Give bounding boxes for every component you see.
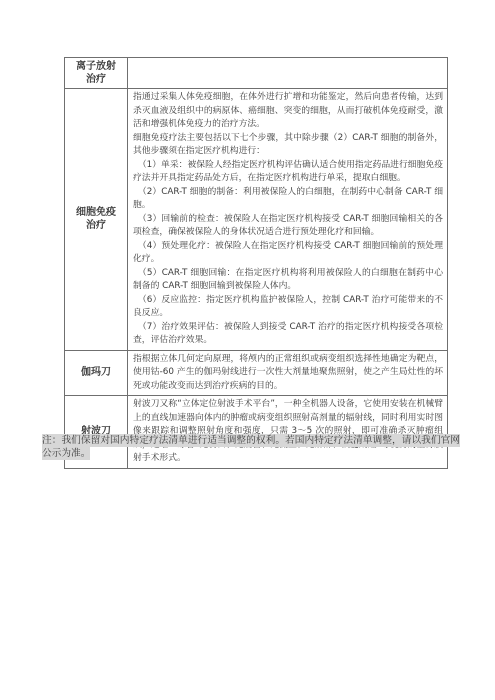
definition-paragraph: （7）治疗效果评估：被保险人到接受 CAR-T 治疗的指定医疗机构接受各项检查，…: [133, 321, 443, 348]
adjustment-note: 注：我们保留对国内特定疗法清单进行适当调整的权利。若国内特定疗法清单调整，请以我…: [42, 434, 460, 460]
table-row: 离子放射治疗: [65, 58, 448, 89]
table-row: 细胞免疫治疗指通过采集人体免疫细胞，在体外进行扩增和功能鉴定，然后向患者传输，达…: [65, 89, 448, 351]
term-cell: 离子放射治疗: [65, 58, 128, 89]
definition-paragraph: （5）CAR-T 细胞回输：在指定医疗机构将利用被保险人的白细胞在制药中心制备的…: [133, 267, 443, 294]
definition-paragraph: （1）单采：被保险人经指定医疗机构评估确认适合使用指定药品进行细胞免疫疗法并开具…: [133, 159, 443, 186]
definition-cell: 指根据立体几何定向原理，将颅内的正常组织或病变组织选择性地确定为靶点，使用钴-6…: [128, 350, 448, 396]
document-page: 离子放射治疗细胞免疫治疗指通过采集人体免疫细胞，在体外进行扩增和功能鉴定，然后向…: [0, 0, 495, 700]
definition-paragraph: 指根据立体几何定向原理，将颅内的正常组织或病变组织选择性地确定为靶点，使用钴-6…: [133, 353, 443, 394]
definition-paragraph: （2）CAR-T 细胞的制备：利用被保险人的白细胞，在制药中心制备 CAR-T …: [133, 186, 443, 213]
definition-paragraph: （3）回输前的检查：被保险人在指定医疗机构接受 CAR-T 细胞回输相关的各项检…: [133, 213, 443, 240]
definition-paragraph: 细胞免疫疗法主要包括以下七个步骤，其中除步骤（2）CAR-T 细胞的制备外，其他…: [133, 132, 443, 159]
definition-paragraph: （6）反应监控：指定医疗机构监护被保险人，控制 CAR-T 治疗可能带来的不良反…: [133, 294, 443, 321]
therapy-definition-table: 离子放射治疗细胞免疫治疗指通过采集人体免疫细胞，在体外进行扩增和功能鉴定，然后向…: [64, 57, 448, 469]
term-cell: 细胞免疫治疗: [65, 89, 128, 351]
table-row: 伽玛刀指根据立体几何定向原理，将颅内的正常组织或病变组织选择性地确定为靶点，使用…: [65, 350, 448, 396]
definition-cell: [128, 58, 448, 89]
definition-cell: 指通过采集人体免疫细胞，在体外进行扩增和功能鉴定，然后向患者传输，达到杀灭血液及…: [128, 89, 448, 351]
definition-paragraph: 指通过采集人体免疫细胞，在体外进行扩增和功能鉴定，然后向患者传输，达到杀灭血液及…: [133, 91, 443, 132]
adjustment-note-text: 注：我们保留对国内特定疗法清单进行适当调整的权利。若国内特定疗法清单调整，请以我…: [42, 434, 460, 460]
therapy-definition-table-body: 离子放射治疗细胞免疫治疗指通过采集人体免疫细胞，在体外进行扩增和功能鉴定，然后向…: [65, 58, 448, 469]
term-cell: 伽玛刀: [65, 350, 128, 396]
definition-paragraph: （4）预处理化疗：被保险人在指定医疗机构接受 CAR-T 细胞回输前的预处理化疗…: [133, 240, 443, 267]
